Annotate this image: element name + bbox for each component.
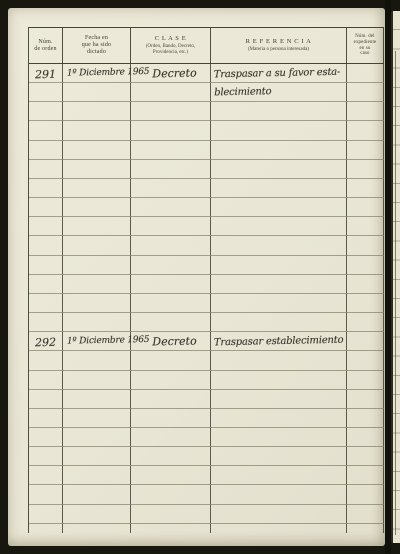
cell-referencia: Traspasar a su favor esta- blecimiento [211,64,347,83]
cell-fecha [63,371,131,390]
cell-expediente [347,409,384,428]
cell-fecha [63,313,131,332]
cell-clase [131,179,211,198]
table-body: 2911º Diciembre 1965DecretoTraspasar a s… [29,64,384,533]
cell-referencia [211,447,347,466]
table-rule-extension [29,524,384,533]
cell-referencia [211,102,347,121]
cell-referencia [211,294,347,313]
handwritten-clase: Decreto [131,332,210,351]
cell-num [29,141,63,160]
handwritten-referencia: Traspasar a su favor esta- blecimiento [211,64,347,102]
cell-num [29,83,63,102]
header-num-orden: Núm. de orden [29,28,63,63]
cell-num [29,390,63,409]
register-page: Núm. de orden Fecha en que ha sido dicta… [8,8,385,546]
cell-fecha [63,390,131,409]
cell-fecha [63,524,131,533]
cell-clase [131,217,211,236]
next-page-edge [391,11,400,543]
header-num-orden-label: Núm. de orden [34,39,56,53]
cell-referencia [211,409,347,428]
cell-clase [131,141,211,160]
cell-expediente [347,351,384,370]
cell-clase [131,447,211,466]
cell-num [29,524,63,533]
cell-fecha [63,198,131,217]
header-clase: C L A S E (Orden, Bando, Decreto, Provid… [131,28,211,63]
cell-expediente [347,505,384,524]
table-row [29,466,384,485]
table-row [29,236,384,255]
cell-fecha [63,141,131,160]
cell-num [29,351,63,370]
cell-referencia [211,505,347,524]
cell-num [29,198,63,217]
table-row [29,141,384,160]
cell-expediente [347,102,384,121]
next-page-rule [395,51,396,535]
cell-referencia [211,217,347,236]
table-row [29,447,384,466]
cell-num [29,102,63,121]
table-row [29,275,384,294]
cell-fecha: 1º Diciembre 1965 [63,332,131,351]
table-header-row: Núm. de orden Fecha en que ha sido dicta… [29,27,384,64]
header-clase-subtitle: (Orden, Bando, Decreto, Providencia, etc… [146,44,195,56]
cell-clase [131,198,211,217]
cell-num [29,428,63,447]
cell-fecha [63,217,131,236]
cell-num: 291 [29,64,63,83]
handwritten-num: 292 [29,334,62,352]
cell-num [29,275,63,294]
cell-fecha: 1º Diciembre 1965 [63,64,131,83]
cell-expediente [347,313,384,332]
cell-referencia [211,179,347,198]
cell-num [29,313,63,332]
header-expediente: Núm. del expediente en su caso [347,28,384,63]
cell-expediente [347,236,384,255]
cell-expediente [347,217,384,236]
cell-num [29,121,63,140]
cell-num [29,256,63,275]
cell-referencia [211,313,347,332]
cell-expediente [347,256,384,275]
table-row [29,121,384,140]
cell-fecha [63,102,131,121]
cell-referencia [211,524,347,533]
table-row [29,160,384,179]
cell-clase [131,83,211,102]
cell-clase [131,121,211,140]
cell-num [29,294,63,313]
cell-expediente [347,141,384,160]
cell-clase [131,275,211,294]
cell-clase [131,409,211,428]
cell-clase [131,428,211,447]
cell-expediente [347,466,384,485]
cell-referencia [211,236,347,255]
handwritten-num: 291 [29,66,62,84]
table-row [29,428,384,447]
header-fecha: Fecha en que ha sido dictado [63,28,131,63]
cell-num [29,409,63,428]
cell-clase [131,256,211,275]
handwritten-fecha: 1º Diciembre 1965 [63,332,130,351]
table-row [29,256,384,275]
cell-num [29,236,63,255]
cell-fecha [63,179,131,198]
table-row [29,351,384,370]
cell-expediente [347,64,384,83]
cell-expediente [347,179,384,198]
cell-referencia [211,371,347,390]
cell-expediente [347,160,384,179]
cell-clase: Decreto [131,332,211,351]
table-row [29,102,384,121]
cell-fecha [63,83,131,102]
cell-fecha [63,505,131,524]
cell-clase [131,485,211,504]
cell-fecha [63,466,131,485]
table-row [29,505,384,524]
table-row [29,485,384,504]
cell-fecha [63,428,131,447]
table-row [29,390,384,409]
cell-clase [131,505,211,524]
handwritten-referencia: Traspasar establecimiento [211,332,346,352]
cell-expediente [347,275,384,294]
cell-referencia [211,160,347,179]
header-expediente-label: Núm. del expediente en su caso [354,34,377,56]
table-row [29,198,384,217]
header-referencia-subtitle: (Materia o persona interesada) [248,47,309,53]
cell-referencia [211,351,347,370]
cell-clase: Decreto [131,64,211,83]
header-referencia: R E F E R E N C I A (Materia o persona i… [211,28,347,63]
cell-clase [131,390,211,409]
cell-fecha [63,409,131,428]
cell-expediente [347,390,384,409]
cell-fecha [63,447,131,466]
cell-referencia [211,390,347,409]
cell-fecha [63,485,131,504]
cell-clase [131,466,211,485]
table-row: 2921º Diciembre 1965DecretoTraspasar est… [29,332,384,351]
cell-referencia [211,121,347,140]
cell-expediente [347,485,384,504]
cell-expediente [347,294,384,313]
cell-clase [131,102,211,121]
table-row [29,294,384,313]
cell-num [29,179,63,198]
header-fecha-label: Fecha en que ha sido dictado [82,35,112,56]
cell-expediente [347,198,384,217]
cell-referencia [211,275,347,294]
header-referencia-title: R E F E R E N C I A [246,38,312,46]
table-row [29,409,384,428]
cell-referencia [211,428,347,447]
cell-num [29,505,63,524]
scanned-register-photo: { "document": { "kind": "municipal-regis… [0,0,400,554]
handwritten-fecha: 1º Diciembre 1965 [63,64,130,83]
cell-expediente [347,428,384,447]
cell-num [29,447,63,466]
cell-clase [131,351,211,370]
cell-expediente [347,121,384,140]
cell-num [29,485,63,504]
cell-expediente [347,447,384,466]
cell-fecha [63,160,131,179]
register-table: Núm. de orden Fecha en que ha sido dicta… [28,27,384,533]
cell-clase [131,160,211,179]
cell-fecha [63,351,131,370]
cell-num: 292 [29,332,63,351]
cell-fecha [63,256,131,275]
cell-referencia: Traspasar establecimiento [211,332,347,351]
table-row: 2911º Diciembre 1965DecretoTraspasar a s… [29,64,384,83]
cell-fecha [63,294,131,313]
cell-expediente [347,524,384,533]
cell-fecha [63,236,131,255]
cell-num [29,466,63,485]
cell-clase [131,294,211,313]
cell-num [29,217,63,236]
table-row [29,371,384,390]
cell-referencia [211,256,347,275]
table-row [29,313,384,332]
header-clase-title: C L A S E [155,35,187,43]
handwritten-clase: Decreto [131,64,210,83]
cell-expediente [347,83,384,102]
cell-clase [131,236,211,255]
cell-referencia [211,141,347,160]
cell-expediente [347,332,384,351]
cell-num [29,371,63,390]
cell-clase [131,313,211,332]
cell-referencia [211,198,347,217]
cell-clase [131,524,211,533]
cell-num [29,160,63,179]
cell-referencia [211,466,347,485]
table-row [29,179,384,198]
cell-fecha [63,121,131,140]
cell-referencia [211,485,347,504]
cell-expediente [347,371,384,390]
cell-fecha [63,275,131,294]
cell-clase [131,371,211,390]
table-row [29,217,384,236]
